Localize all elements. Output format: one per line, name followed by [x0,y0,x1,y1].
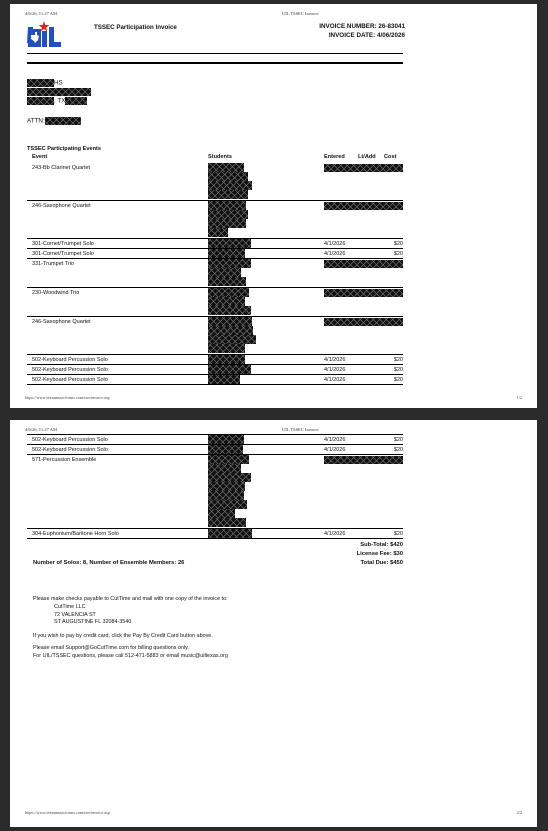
redacted-block [208,297,245,306]
billing-contact: Please email Support@GoCutTime.com for b… [33,645,228,653]
redacted-block [208,239,251,248]
event-cost: $20 [394,241,403,247]
table-row: 571-Percussion Ensemble [27,455,403,529]
subtotal: Sub-Total: $420 [357,541,403,550]
event-name: 246-Saxophone Quartet [32,319,91,325]
entered-date: 4/1/2026 [324,367,345,373]
redacted-block [208,473,251,482]
attn-line: ATTN: [27,117,81,125]
print-doc-title: UIL TSSEC Invoice [282,427,319,432]
entered-date: 4/1/2026 [324,447,345,453]
col-students: Students [208,154,232,160]
redacted-block [324,289,403,297]
entered-date: 4/1/2026 [324,251,345,257]
invoice-title: TSSEC Participation Invoice [94,24,177,31]
students-redacted [208,375,240,384]
entered-date: 4/1/2026 [324,531,345,537]
redacted-block [208,277,246,286]
event-name: 246-Saxophone Quartet [32,203,91,209]
redacted-block [208,201,246,210]
print-datetime: 4/6/26, 11:27 AM [25,11,57,16]
redacted-block [208,375,240,384]
redacted-block [208,464,241,473]
invoice-page-1: 4/6/26, 11:27 AM UIL TSSEC Invoice TSSEC… [10,4,537,408]
payment-notes: Please make checks payable to CutTime an… [33,596,228,661]
event-name: 230-Woodwind Trio [32,290,79,296]
redacted-block [208,259,251,268]
students-redacted [208,317,256,353]
redacted-block [208,500,247,509]
redacted-block [324,202,403,210]
students-redacted [208,239,251,248]
students-redacted [208,259,251,286]
redacted-block [65,97,87,105]
entered-date: 4/1/2026 [324,241,345,247]
print-doc-title: UIL TSSEC Invoice [282,11,319,16]
redacted-block [324,260,403,268]
uil-logo-icon [27,21,63,49]
entered-date: 4/1/2026 [324,357,345,363]
students-redacted [208,435,244,444]
table-row: 502-Keyboard Percussion Solo4/1/2026$20 [27,365,403,375]
redacted-block [208,181,252,190]
redacted-block [208,445,243,454]
redacted-block [324,318,403,326]
license-fee: License Fee: $30 [357,550,403,559]
table-row: 304-Euphonium/Baritone Horn Solo4/1/2026… [27,529,403,539]
entry-summary: Number of Solos: 8, Number of Ensemble M… [33,560,184,566]
event-name: 243-Bb Clarinet Quartet [32,165,90,171]
print-footer-url: https://www.texasmusicforms.com/tsecinvo… [25,810,110,815]
event-cost: $20 [394,447,403,453]
redacted-block [27,79,54,87]
event-cost: $20 [394,531,403,537]
students-redacted [208,455,251,527]
redacted-block [208,435,244,444]
event-cost: $20 [394,251,403,257]
students-redacted [208,163,252,199]
students-redacted [208,365,251,374]
print-datetime: 4/6/26, 11:27 AM [25,427,57,432]
redacted-block [208,518,246,527]
event-name: 502-Keyboard Percussion Solo [32,357,108,363]
print-page-number: 2/2 [517,810,522,815]
students-redacted [208,249,245,258]
table-row: 502-Keyboard Percussion Solo4/1/2026$20 [27,445,403,455]
uil-contact: For UIL/TSSEC questions, please call 512… [33,653,228,661]
table-row: 502-Keyboard Percussion Solo4/1/2026$20 [27,375,403,385]
redacted-block [208,268,241,277]
table-row: 331-Trumpet Trio [27,259,403,288]
header-divider [27,53,403,54]
header-divider-thick [27,62,403,64]
redacted-block [208,249,245,258]
invoice-page-2: 4/6/26, 11:27 AM UIL TSSEC Invoice 502-K… [10,420,537,827]
table-row: 230-Woodwind Trio [27,288,403,317]
event-cost: $20 [394,367,403,373]
table-row: 502-Keyboard Percussion Solo4/1/2026$20 [27,435,403,445]
print-page-number: 1/2 [517,395,522,400]
redacted-block [208,355,245,364]
col-cost: Cost [384,154,396,160]
payee-name: CutTime LLC [33,604,228,612]
event-name: 502-Keyboard Percussion Solo [32,367,108,373]
redacted-block [208,455,249,464]
event-name: 304-Euphonium/Baritone Horn Solo [32,531,119,537]
payee-city: ST AUGUSTINE FL 32084-3540 [33,619,228,627]
redacted-block [208,172,248,181]
event-name: 571-Percussion Ensemble [32,457,96,463]
event-cost: $20 [394,437,403,443]
redacted-block [208,228,228,237]
redacted-block [208,190,248,199]
entered-date: 4/1/2026 [324,437,345,443]
redacted-block [208,482,245,491]
redacted-block [208,491,244,500]
students-redacted [208,445,243,454]
students-redacted [208,355,245,364]
table-row: 246-Saxophone Quartet [27,317,403,355]
col-entered: Entered [324,154,345,160]
redacted-block [208,344,245,353]
students-redacted [208,529,252,538]
event-name: 502-Keyboard Percussion Solo [32,437,108,443]
col-ltadd: Lt/Add [358,154,376,160]
redacted-block [45,117,81,125]
col-event: Event [32,154,47,160]
events-section-title: TSSEC Participating Events [27,146,101,152]
address-line-3: , TX [27,97,87,105]
event-name: 301-Cornet/Trumpet Solo [32,251,94,257]
table-row: 301-Cornet/Trumpet Solo4/1/2026$20 [27,239,403,249]
redacted-block [208,288,249,297]
redacted-block [27,88,91,96]
redacted-block [208,509,235,518]
entered-date: 4/1/2026 [324,377,345,383]
students-redacted [208,288,251,315]
total-due: Total Due: $450 [357,559,403,568]
redacted-block [324,456,403,464]
table-row: 243-Bb Clarinet Quartet [27,163,403,201]
redacted-block [27,97,54,105]
redacted-block [208,529,252,538]
event-cost: $20 [394,377,403,383]
redacted-block [208,163,244,172]
redacted-block [208,335,256,344]
redacted-block [208,210,248,219]
table-row: 301-Cornet/Trumpet Solo4/1/2026$20 [27,249,403,259]
redacted-block [208,306,251,315]
checks-instructions: Please make checks payable to CutTime an… [33,596,228,604]
payee-street: 72 VALENCIA ST [33,612,228,620]
address-line-2 [27,88,91,96]
students-redacted [208,201,248,237]
credit-card-note: If you wish to pay by credit card, click… [33,633,228,641]
redacted-block [208,365,251,374]
print-footer-url: https://www.texasmusicforms.com/tsecinvo… [25,395,110,400]
event-cost: $20 [394,357,403,363]
redacted-block [208,326,253,335]
table-row: 246-Saxophone Quartet [27,201,403,239]
invoice-meta: INVOICE NUMBER: 26-83041 INVOICE DATE: 4… [319,23,405,40]
redacted-block [324,164,403,172]
event-name: 331-Trumpet Trio [32,261,74,267]
event-name: 301-Cornet/Trumpet Solo [32,241,94,247]
invoice-date: INVOICE DATE: 4/06/2026 [319,32,405,41]
redacted-block [208,317,252,326]
redacted-block [208,219,246,228]
totals-block: Sub-Total: $420 License Fee: $30 Total D… [357,541,403,568]
event-name: 502-Keyboard Percussion Solo [32,377,108,383]
address-line-1: HS [27,79,63,87]
table-row: 502-Keyboard Percussion Solo4/1/2026$20 [27,355,403,365]
invoice-number: INVOICE NUMBER: 26-83041 [319,23,405,32]
event-name: 502-Keyboard Percussion Solo [32,447,108,453]
